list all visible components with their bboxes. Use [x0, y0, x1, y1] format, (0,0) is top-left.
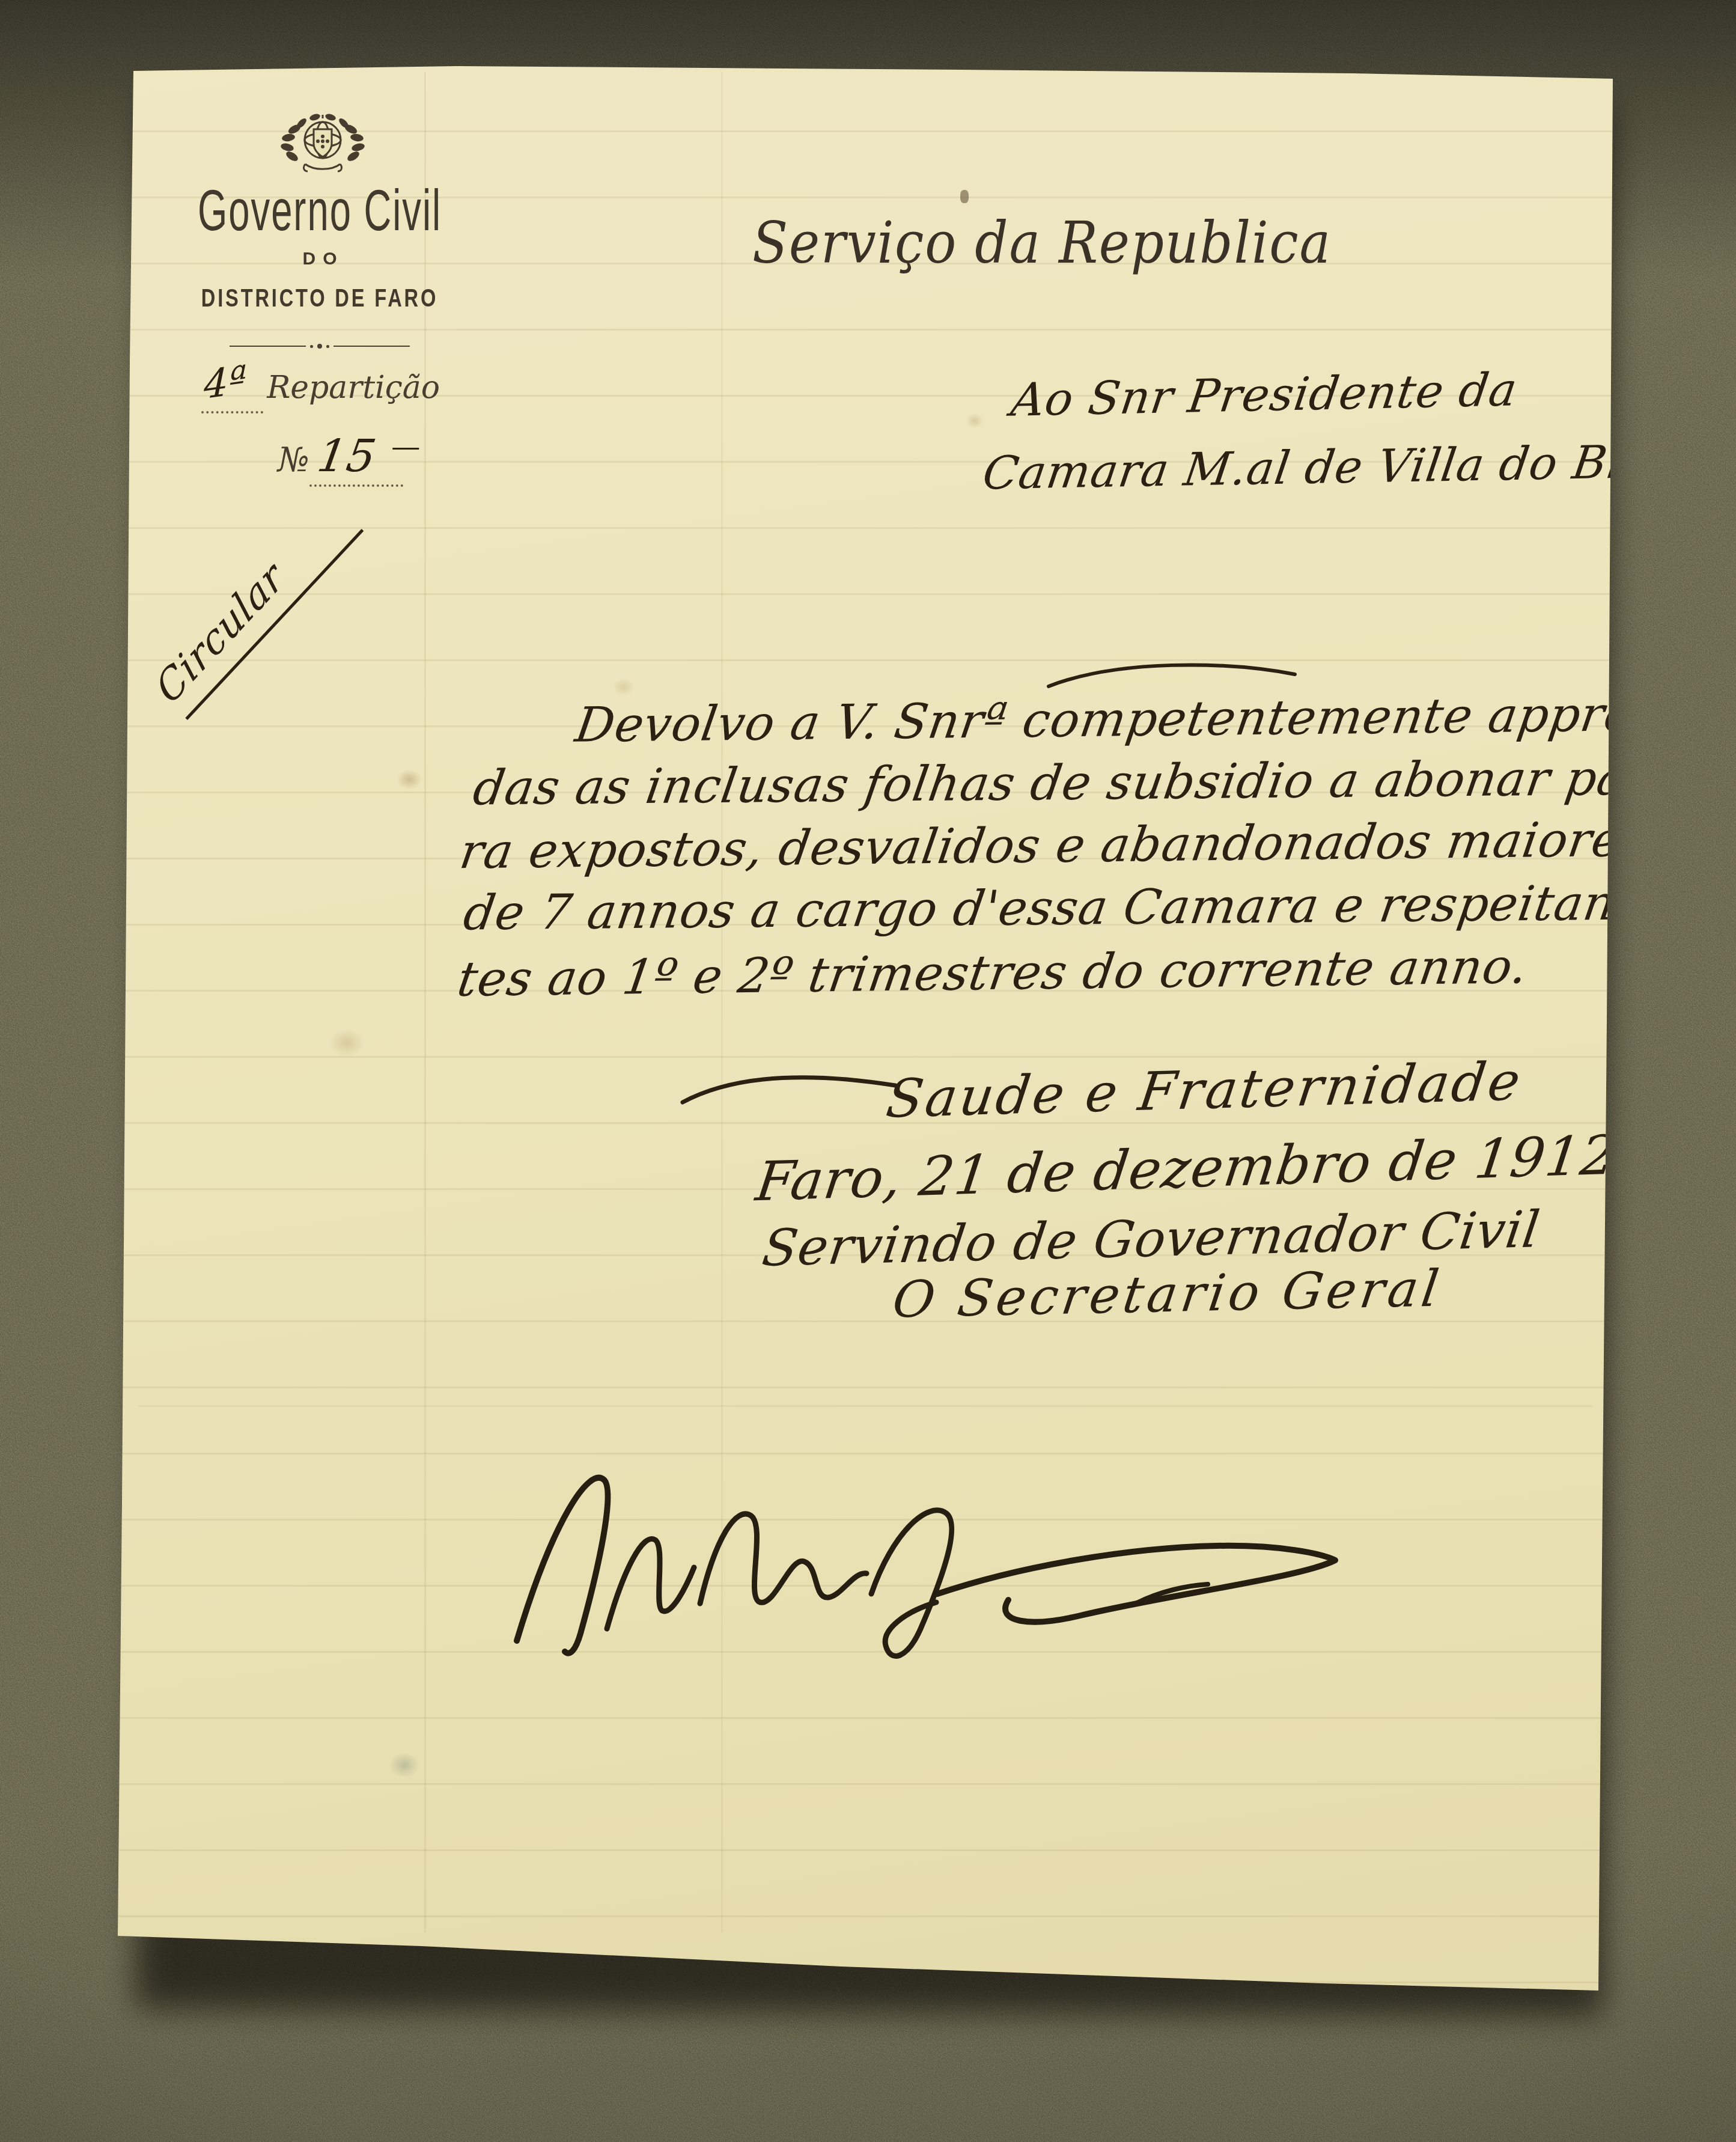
ink-speck [960, 190, 969, 203]
closing-date-line: Faro, 21 de dezembro de 1912 [752, 1124, 1620, 1214]
vertical-crease [424, 72, 426, 1932]
recipient-line-1: Ao Snr Presidente da [1008, 362, 1521, 427]
body-line: de 7 annos a cargo d'essa Camara e respe… [460, 875, 1636, 941]
process-number-dash: — [392, 432, 419, 462]
body-line: das as inclusas folhas de subsidio a abo… [470, 750, 1648, 816]
closing-salutation: Saude e Fraternidade [883, 1050, 1526, 1129]
salutation-flourish [678, 1065, 900, 1113]
signature [463, 1442, 1400, 1671]
letter-paper: Governo Civil DO DISTRICTO DE FARO 4ª Re… [0, 0, 1736, 2142]
department-label-printed: Repartição [267, 370, 440, 406]
ink-smudge [389, 1753, 419, 1778]
scanned-letter-page: Governo Civil DO DISTRICTO DE FARO 4ª Re… [0, 0, 1736, 2142]
letterhead-divider [230, 344, 410, 349]
foxing-stain [397, 769, 422, 790]
foxing-stain [329, 1029, 364, 1057]
letterhead-connector: DO [127, 249, 512, 269]
process-number-line: № 15 — [278, 430, 430, 487]
department-number-handwritten: 4ª [204, 357, 248, 408]
circular-annotation-text: Circular [148, 552, 293, 713]
foxing-stain [613, 678, 635, 696]
horizontal-crease [138, 1405, 1592, 1407]
department-line: 4ª Repartição [201, 363, 440, 413]
body-line: ra expostos, desvalidos e abandonados ma… [457, 811, 1651, 880]
letterhead-title: Governo Civil [193, 178, 446, 244]
service-heading: Serviço da Republica [752, 209, 1315, 276]
recipient-line-2: Camara M.al de Villa do Bispo [979, 434, 1708, 500]
closing-role-line: O Secretario Geral [889, 1259, 1446, 1329]
letterhead-district: DISTRICTO DE FARO [174, 284, 466, 313]
circular-annotation: Circular [144, 491, 364, 720]
foxing-stain [966, 413, 983, 428]
pen-flourish [1046, 656, 1298, 692]
body-line: Devolvo a V. Snrª competentemente approv… [572, 685, 1713, 753]
body-line: tes ao 1º e 2º trimestres do corrente an… [454, 938, 1532, 1007]
numero-symbol-printed: № [278, 441, 309, 480]
coat-of-arms-icon [278, 108, 368, 177]
